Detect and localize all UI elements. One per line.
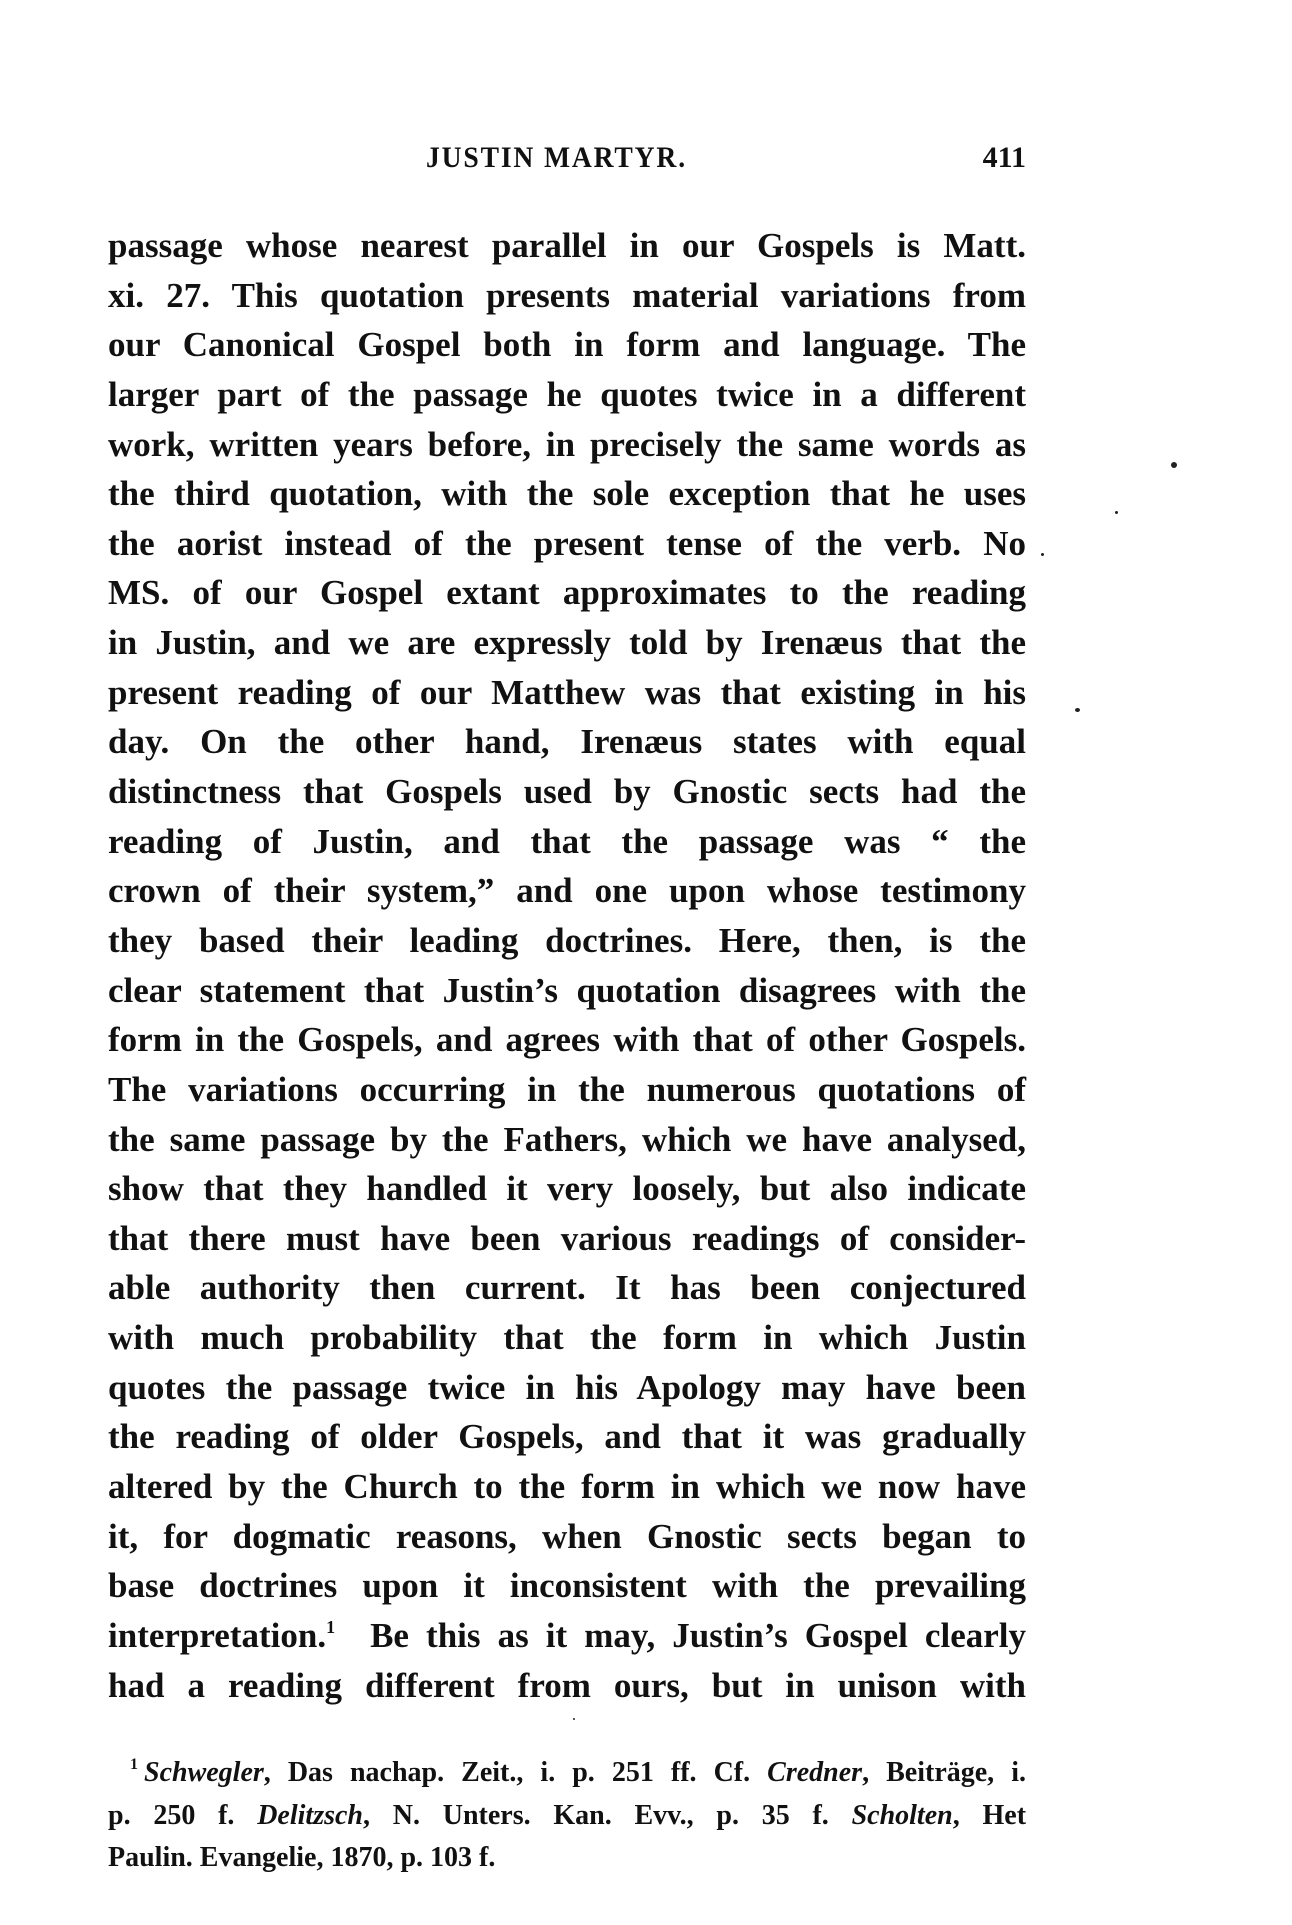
- text-line: clear statement that Justin’s quotation …: [108, 966, 1026, 1016]
- text-line: had a reading different from ours, but i…: [108, 1661, 1026, 1711]
- text-line: work, written years before, in precisely…: [108, 420, 1026, 470]
- line-text: Be this as it may, Justin’s Gospel clear…: [370, 1616, 1026, 1655]
- scan-speck: [1171, 462, 1177, 468]
- scan-speck: [1041, 553, 1044, 556]
- text-line: the reading of older Gospels, and that i…: [108, 1412, 1026, 1462]
- cited-author: Schwegler: [144, 1757, 264, 1788]
- footnote-reference[interactable]: 1: [326, 1617, 335, 1637]
- text-line: able authority then current. It has been…: [108, 1263, 1026, 1313]
- running-title: JUSTIN MARTYR.: [426, 140, 687, 176]
- line-text: interpretation.: [108, 1616, 326, 1655]
- cited-author: Scholten: [852, 1800, 953, 1831]
- text-line: the same passage by the Fathers, which w…: [108, 1115, 1026, 1165]
- footnotes: 1Schwegler, Das nachap. Zeit., i. p. 251…: [108, 1752, 1026, 1880]
- citation-text: , N. Unters. Kan. Evv., p. 35 f.: [363, 1800, 852, 1831]
- text-line: distinctness that Gospels used by Gnosti…: [108, 767, 1026, 817]
- text-line: xi. 27. This quotation presents material…: [108, 271, 1026, 321]
- citation-text: Paulin. Evangelie, 1870, p. 103 f.: [108, 1842, 495, 1873]
- running-head: JUSTIN MARTYR. 411: [108, 140, 1026, 180]
- text-line: quotes the passage twice in his Apology …: [108, 1363, 1026, 1413]
- text-line: passage whose nearest parallel in our Go…: [108, 221, 1026, 271]
- text-line: in Justin, and we are expressly told by …: [108, 618, 1026, 668]
- text-line: crown of their system,” and one upon who…: [108, 866, 1026, 916]
- text-line: our Canonical Gospel both in form and la…: [108, 320, 1026, 370]
- text-line: larger part of the passage he quotes twi…: [108, 370, 1026, 420]
- text-line: it, for dogmatic reasons, when Gnostic s…: [108, 1512, 1026, 1562]
- footnote-line: Paulin. Evangelie, 1870, p. 103 f.: [108, 1837, 1026, 1880]
- page-number: 411: [983, 140, 1026, 176]
- body-text: passage whose nearest parallel in our Go…: [108, 221, 1026, 1710]
- text-line: day. On the other hand, Irenæus states w…: [108, 717, 1026, 767]
- text-line: The variations occurring in the numerous…: [108, 1065, 1026, 1115]
- text-line: with much probability that the form in w…: [108, 1313, 1026, 1363]
- citation-text: , Das nachap. Zeit., i. p. 251 ff. Cf.: [264, 1757, 767, 1788]
- text-line: that there must have been various readin…: [108, 1214, 1026, 1264]
- text-line: altered by the Church to the form in whi…: [108, 1462, 1026, 1512]
- citation-text: p. 250 f.: [108, 1800, 257, 1831]
- text-line: form in the Gospels, and agrees with tha…: [108, 1015, 1026, 1065]
- scan-speck: [1075, 708, 1080, 712]
- text-line-with-footnote-ref: interpretation.1 Be this as it may, Just…: [108, 1611, 1026, 1661]
- text-line: MS. of our Gospel extant approximates to…: [108, 568, 1026, 618]
- text-line: base doctrines upon it inconsistent with…: [108, 1561, 1026, 1611]
- book-page: JUSTIN MARTYR. 411 passage whose nearest…: [0, 0, 1292, 1925]
- footnote-line: p. 250 f. Delitzsch, N. Unters. Kan. Evv…: [108, 1795, 1026, 1838]
- cited-author: Credner: [767, 1757, 862, 1788]
- text-line: the aorist instead of the present tense …: [108, 519, 1026, 569]
- footnote-marker: 1: [130, 1756, 138, 1773]
- text-line: reading of Justin, and that the passage …: [108, 817, 1026, 867]
- scan-speck: [573, 1718, 575, 1720]
- footnote-line: 1Schwegler, Das nachap. Zeit., i. p. 251…: [108, 1752, 1026, 1795]
- citation-text: , Beiträge, i.: [862, 1757, 1026, 1788]
- text-line: they based their leading doctrines. Here…: [108, 916, 1026, 966]
- text-line: the third quotation, with the sole excep…: [108, 469, 1026, 519]
- cited-author: Delitzsch: [257, 1800, 363, 1831]
- scan-speck: [1115, 511, 1118, 514]
- citation-text: , Het: [953, 1800, 1026, 1831]
- text-line: present reading of our Matthew was that …: [108, 668, 1026, 718]
- text-line: show that they handled it very loosely, …: [108, 1164, 1026, 1214]
